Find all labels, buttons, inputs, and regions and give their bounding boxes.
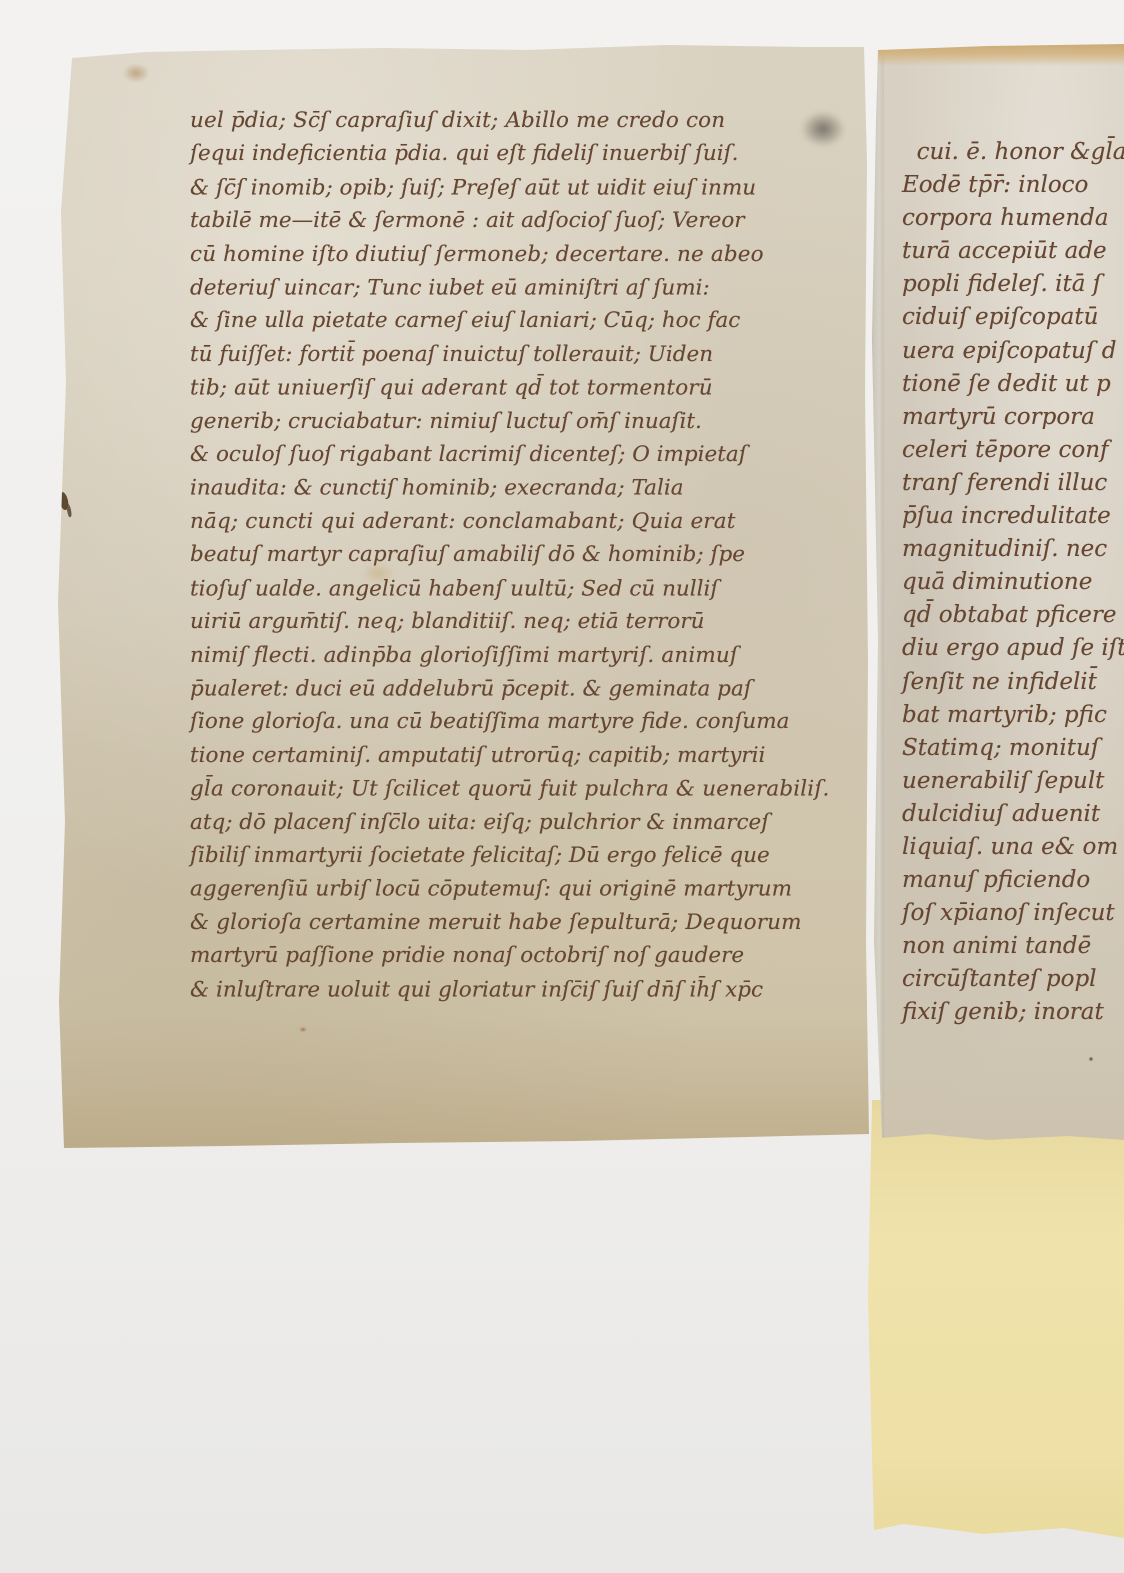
manuscript-text-line: generib; cruciabatur: nimiuſ luctuſ om̄ſ… [190,405,858,438]
right-folio-top-deckle [874,44,1124,66]
manuscript-text-line: ſenſit ne infidelit̄ [902,666,1124,699]
manuscript-text-line: martyrū corpora [902,401,1124,434]
manuscript-text-line: dulcidiuſ aduenit [902,798,1124,831]
manuscript-text-line: uel p̄dia; Sc̄ſ capraſiuſ dixit; Abillo … [190,104,858,137]
manuscript-text-line: tū fuiſſet: fortit̄ poenaſ inuictuſ toll… [190,338,858,371]
manuscript-text-line: inaudita: & cunctiſ hominib; execranda; … [190,472,858,505]
manuscript-text-line: bat martyrib; pfic [902,699,1124,732]
manuscript-text-line: ſibiliſ inmartyrii ſocietate felicitaſ; … [190,839,858,872]
manuscript-text-line: ſequi indeficientia p̄dia. qui eſt fidel… [190,137,858,170]
manuscript-text-line: non animi tandē [902,930,1124,963]
manuscript-text-line: magnitudiniſ. nec [902,533,1124,566]
manuscript-text-line: tabilē me—itē & ſermonē : ait adſocioſ ſ… [190,204,858,237]
manuscript-text-line: liquiaſ. una e& om [902,831,1124,864]
manuscript-text-line: Eodē tp̄r̄: inloco [902,169,1124,202]
manuscript-text-line: beatuſ martyr capraſiuſ amabiliſ dō & ho… [190,538,858,571]
manuscript-text-line: & glorioſa certamine meruit habe ſepultu… [190,906,858,939]
manuscript-text-line: manuſ pficiendo [902,864,1124,897]
left-folio: uel p̄dia; Sc̄ſ capraſiuſ dixit; Abillo … [56,42,870,1150]
manuscript-text-line: tib; aūt uniuerſiſ qui aderant qd̄ tot t… [190,372,858,405]
parchment-discoloration [56,1015,870,1150]
manuscript-text-line: cui. ē. honor &gl̄a [902,136,1124,169]
manuscript-text-line: corpora humenda [902,202,1124,235]
yellow-backing-sheet [864,1100,1124,1540]
manuscript-text-line: tranſ ferendi illuc [902,467,1124,500]
manuscript-text-line: celeri tēpore conf [902,434,1124,467]
manuscript-text-line: uenerabiliſ ſepult [902,765,1124,798]
manuscript-text-line: circūſtanteſ popl [902,963,1124,996]
manuscript-text-line: p̄ualeret: duci eū addelubrū p̄cepit. & … [190,673,858,706]
margin-ink-mark [58,491,70,510]
manuscript-text-line: fixiſ genib; inorat [902,996,1124,1029]
manuscript-text-line: cū homine iſto diutiuſ ſermoneb; decerta… [190,238,858,271]
right-folio-text: cui. ē. honor &gl̄aEodē tp̄r̄: inlococor… [902,136,1124,1030]
manuscript-text-line: aggerenſiū urbiſ locū cōputemuſ: qui ori… [190,873,858,906]
manuscript-text-line: ſione glorioſa. una cū beatiſſima martyr… [190,705,858,738]
manuscript-text-line: uiriū argum̄tiſ. neq; blanditiiſ. neq; e… [190,605,858,638]
manuscript-text-line: tionē ſe dedit ut p [902,368,1124,401]
manuscript-text-line: popli fideleſ. itā ſ [902,268,1124,301]
manuscript-text-line: tione certaminiſ. amputatiſ utrorūq; cap… [190,739,858,772]
manuscript-text-line: & ſc̄ſ inomib; opib; ſuiſ; Preſeſ aūt ut… [190,171,858,204]
manuscript-text-line: tioſuſ ualde. angelicū habenſ uultū; Sed… [190,572,858,605]
manuscript-text-line: nāq; cuncti qui aderant: conclamabant; Q… [190,505,858,538]
manuscript-text-line: turā accepiūt ade [902,235,1124,268]
manuscript-photo: cui. ē. honor &gl̄aEodē tp̄r̄: inlococor… [0,0,1124,1573]
manuscript-text-line: quā diminutione [902,566,1124,599]
manuscript-text-line: p̄ſua incredulitate [902,500,1124,533]
manuscript-text-line: & ſine ulla pietate carneſ eiuſ laniari;… [190,304,858,337]
right-folio-fold-edge [868,40,884,1144]
ink-dot [1088,1056,1094,1062]
manuscript-text-line: gl̄a coronauit; Ut ſcilicet quorū fuit p… [190,773,858,806]
left-folio-text: uel p̄dia; Sc̄ſ capraſiuſ dixit; Abillo … [190,104,858,1006]
right-folio: cui. ē. honor &gl̄aEodē tp̄r̄: inlococor… [868,40,1124,1144]
manuscript-text-line: ciduiſ epiſcopatū [902,301,1124,334]
manuscript-text-line: diu ergo apud ſe iſt [902,632,1124,665]
manuscript-text-line: uera epiſcopatuſ d [902,335,1124,368]
manuscript-text-line: martyrū paſſione pridie nonaſ octobriſ n… [190,939,858,972]
manuscript-text-line: ſoſ xp̄ianoſ inſecut [902,897,1124,930]
manuscript-text-line: & inluſtrare uoluit qui gloriatur inſc̄i… [190,973,858,1006]
manuscript-text-line: deteriuſ uincar; Tunc iubet eū aminiſtri… [190,272,858,305]
manuscript-text-line: atq; dō placenſ inſc̄lo uita: eiſq; pulc… [190,806,858,839]
manuscript-text-line: nimiſ flecti. adinp̄ba glorioſiſſimi mar… [190,639,858,672]
brown-stain [118,60,154,86]
manuscript-text-line: & oculoſ ſuoſ rigabant lacrimiſ dicenteſ… [190,438,858,471]
manuscript-text-line: qd̄ obtabat pficere [902,599,1124,632]
manuscript-text-line: Statimq; monituſ [902,732,1124,765]
